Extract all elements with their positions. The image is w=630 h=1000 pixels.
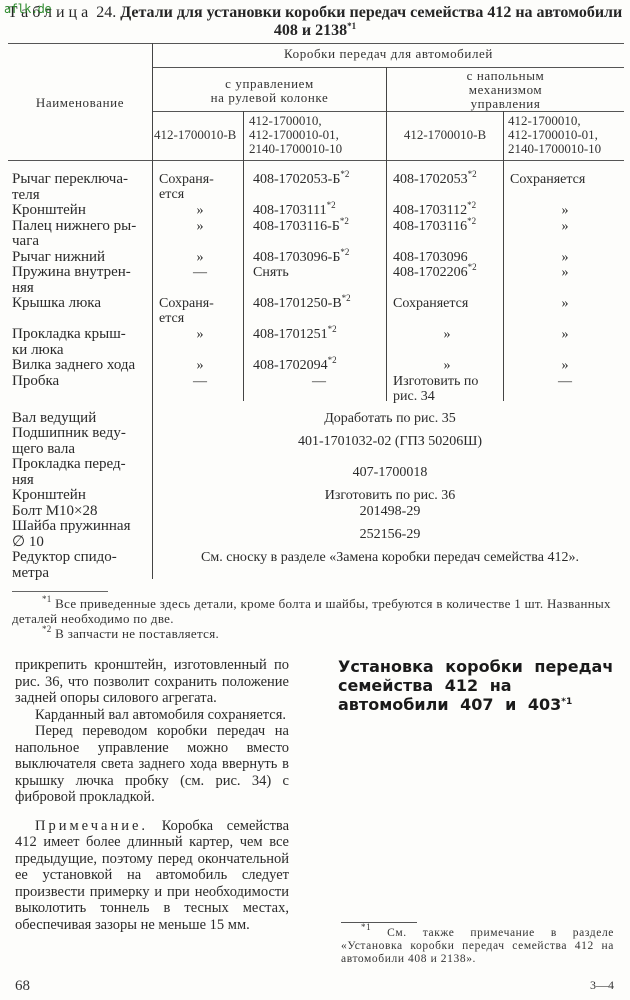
- header-bottom-rule: [8, 160, 624, 161]
- model-line: 412-1700010-01,: [249, 128, 384, 142]
- header-subgroup-steering: с управлением на рулевой колонке: [153, 77, 386, 105]
- header-name-column: Наименование: [8, 96, 152, 110]
- cell-floor-model-1: 408-1703116*2: [393, 219, 501, 234]
- cell-steering-model-1: »: [159, 250, 241, 265]
- model-line: 2140-1700010-10: [249, 142, 384, 156]
- cell-all-models: 401-1701032-02 (ГПЗ 50206Ш): [160, 434, 620, 449]
- footnote-mark: *2: [42, 624, 52, 634]
- header-model-1: 412-1700010-В: [154, 128, 243, 142]
- row-name: Рычаг переключа- теля: [12, 172, 152, 203]
- footnote-mark: *2: [467, 200, 476, 210]
- page-number: 68: [15, 978, 30, 995]
- cell-steering-model-1: »: [159, 219, 241, 234]
- table-title: Таблица 24. Детали для установки коробки…: [0, 4, 630, 40]
- table-footnote-2: *2 В запчасти не поставляется.: [42, 626, 622, 641]
- cell-floor-model-2: »: [510, 296, 620, 311]
- signature-mark: 3—4: [590, 978, 614, 993]
- cell-steering-model-2: —: [253, 374, 385, 389]
- row-name: Кронштейн: [12, 203, 152, 219]
- cell-floor-model-2: »: [510, 327, 620, 342]
- footnote-mark: *1: [42, 594, 52, 604]
- cell-floor-model-1: 408-1703096: [393, 250, 501, 265]
- row-name: Палец нижнего ры- чага: [12, 219, 152, 250]
- cell-floor-model-1: »: [393, 327, 501, 342]
- model-line: 412-1700010-В: [387, 128, 503, 142]
- subgroup-line: на рулевой колонке: [153, 91, 386, 105]
- cell-steering-model-1: Сохраня- ется: [159, 172, 241, 202]
- column-divider-2: [386, 67, 387, 401]
- note-text: Коробка семейства 412 имеет более длинны…: [15, 818, 289, 933]
- cell-floor-model-1: 408-1702053*2: [393, 172, 501, 187]
- model-line: 2140-1700010-10: [508, 142, 624, 156]
- row-name: Пружина внутрен- няя: [12, 265, 152, 296]
- name-column-divider: [152, 43, 153, 579]
- subgroup-line: управления: [387, 97, 624, 111]
- column-divider-1: [243, 111, 244, 401]
- note-label: Примечание.: [35, 818, 148, 834]
- cell-steering-model-1: »: [159, 358, 241, 373]
- watermark: aflk.de: [4, 2, 51, 16]
- cell-all-models: 201498-29: [160, 504, 620, 519]
- cell-floor-model-2: »: [510, 358, 620, 373]
- cell-steering-model-1: —: [159, 265, 241, 280]
- footnote-mark: *2: [342, 293, 351, 303]
- row-name: Редуктор спидо- метра: [12, 550, 152, 581]
- cell-floor-model-2: Сохраняется: [510, 172, 620, 187]
- cell-all-models: 407-1700018: [160, 465, 620, 480]
- cell-floor-model-1: Изготовить по рис. 34: [393, 374, 501, 404]
- cell-all-models: 252156-29: [160, 527, 620, 542]
- row-name: Шайба пружинная ∅ 10: [12, 519, 152, 550]
- footnote-mark: *2: [340, 216, 349, 226]
- cell-steering-model-2: 408-1701250-В*2: [253, 296, 385, 311]
- right-footnote: *1 См. также примечание в разделе «Устан…: [341, 927, 614, 966]
- footnote-text: См. также примечание в разделе «Установк…: [341, 927, 614, 965]
- table-number: 24.: [96, 4, 116, 21]
- cell-steering-model-2: 408-1701251*2: [253, 327, 385, 342]
- cell-steering-model-2: 408-1703111*2: [253, 203, 385, 218]
- subgroup-line: с управлением: [153, 77, 386, 91]
- cell-steering-model-2: Снять: [253, 265, 385, 280]
- model-line: 412-1700010-01,: [508, 128, 624, 142]
- row-name: Крышка люка: [12, 296, 152, 312]
- cell-floor-model-1: »: [393, 358, 501, 373]
- row-name: Вал ведущий: [12, 411, 152, 427]
- footnote-text: В запчасти не поставляется.: [55, 626, 219, 641]
- footnote-separator: [12, 591, 108, 592]
- header-subgroup-rule: [153, 111, 624, 112]
- row-name: Кронштейн: [12, 488, 152, 504]
- cell-steering-model-1: »: [159, 203, 241, 218]
- left-paragraph-1: прикрепить кронштейн, изготовленный по р…: [15, 657, 289, 707]
- subgroup-line: механизмом: [387, 83, 624, 97]
- cell-floor-model-2: »: [510, 203, 620, 218]
- cell-all-models: См. сноску в разделе «Замена коробки пер…: [160, 550, 620, 565]
- left-column: прикрепить кронштейн, изготовленный по р…: [15, 657, 289, 933]
- header-model-3: 412-1700010-В: [387, 128, 503, 142]
- row-name: Вилка заднего хода: [12, 358, 152, 374]
- cell-steering-model-1: »: [159, 327, 241, 342]
- footnote-mark: *2: [328, 324, 337, 334]
- footnote-mark: *1: [361, 922, 371, 932]
- model-line: 412-1700010,: [508, 114, 624, 128]
- cell-steering-model-2: 408-1703116-Б*2: [253, 219, 385, 234]
- footnote-mark: *2: [468, 169, 477, 179]
- model-line: 412-1700010,: [249, 114, 384, 128]
- right-footnote-separator: [341, 922, 417, 923]
- header-model-4: 412-1700010, 412-1700010-01, 2140-170001…: [508, 114, 624, 156]
- cell-floor-model-1: 408-1702206*2: [393, 265, 501, 280]
- subgroup-line: с напольным: [387, 69, 624, 83]
- cell-floor-model-2: »: [510, 265, 620, 280]
- row-name: Подшипник веду- щего вала: [12, 426, 152, 457]
- left-paragraph-3: Перед переводом коробки передач на напол…: [15, 723, 289, 806]
- cell-floor-model-2: »: [510, 250, 620, 265]
- section-heading: Установка коробки передач семейства 412 …: [338, 657, 614, 714]
- header-model-2: 412-1700010, 412-1700010-01, 2140-170001…: [249, 114, 384, 156]
- table-footnote-1: *1 Все приведенные здесь детали, кроме б…: [12, 596, 622, 626]
- cell-steering-model-1: —: [159, 374, 241, 389]
- cell-floor-model-1: Сохраняется: [393, 296, 501, 311]
- cell-all-models: Изготовить по рис. 36: [160, 488, 620, 503]
- row-name: Прокладка крыш- ки люка: [12, 327, 152, 358]
- cell-steering-model-2: 408-1703096-Б*2: [253, 250, 385, 265]
- table-title-line2: 408 и 2138: [274, 22, 347, 39]
- header-group-rule: [153, 67, 624, 68]
- footnote-text: Все приведенные здесь детали, кроме болт…: [12, 596, 611, 626]
- cell-floor-model-2: —: [510, 374, 620, 389]
- cell-floor-model-2: »: [510, 219, 620, 234]
- cell-steering-model-1: Сохраня- ется: [159, 296, 241, 326]
- heading-footnote-mark: *1: [561, 697, 572, 707]
- footnote-mark: *2: [327, 200, 336, 210]
- table-top-rule: [8, 43, 624, 44]
- model-line: 412-1700010-В: [154, 128, 243, 142]
- footnote-mark: *2: [340, 247, 349, 257]
- left-paragraph-2: Карданный вал автомобиля сохраняется.: [15, 707, 289, 724]
- header-subgroup-floor: с напольным механизмом управления: [387, 69, 624, 111]
- footnote-mark: *2: [328, 355, 337, 365]
- footnote-mark: *2: [467, 216, 476, 226]
- cell-all-models: Доработать по рис. 35: [160, 411, 620, 426]
- left-note: Примечание. Коробка семейства 412 имеет …: [15, 818, 289, 934]
- cell-floor-model-1: 408-1703112*2: [393, 203, 501, 218]
- row-name: Прокладка перед- няя: [12, 457, 152, 488]
- row-name: Рычаг нижний: [12, 250, 152, 266]
- row-name: Болт М10×28: [12, 504, 152, 520]
- header-group-title: Коробки передач для автомобилей: [153, 47, 624, 61]
- table-title-footnote-mark: *1: [347, 21, 356, 31]
- footnote-mark: *2: [468, 262, 477, 272]
- cell-steering-model-2: 408-1702053-Б*2: [253, 172, 385, 187]
- row-name: Пробка: [12, 374, 152, 390]
- cell-steering-model-2: 408-1702094*2: [253, 358, 385, 373]
- table-title-line1: Детали для установки коробки передач сем…: [120, 4, 622, 21]
- footnote-mark: *2: [340, 169, 349, 179]
- column-divider-3: [503, 111, 504, 401]
